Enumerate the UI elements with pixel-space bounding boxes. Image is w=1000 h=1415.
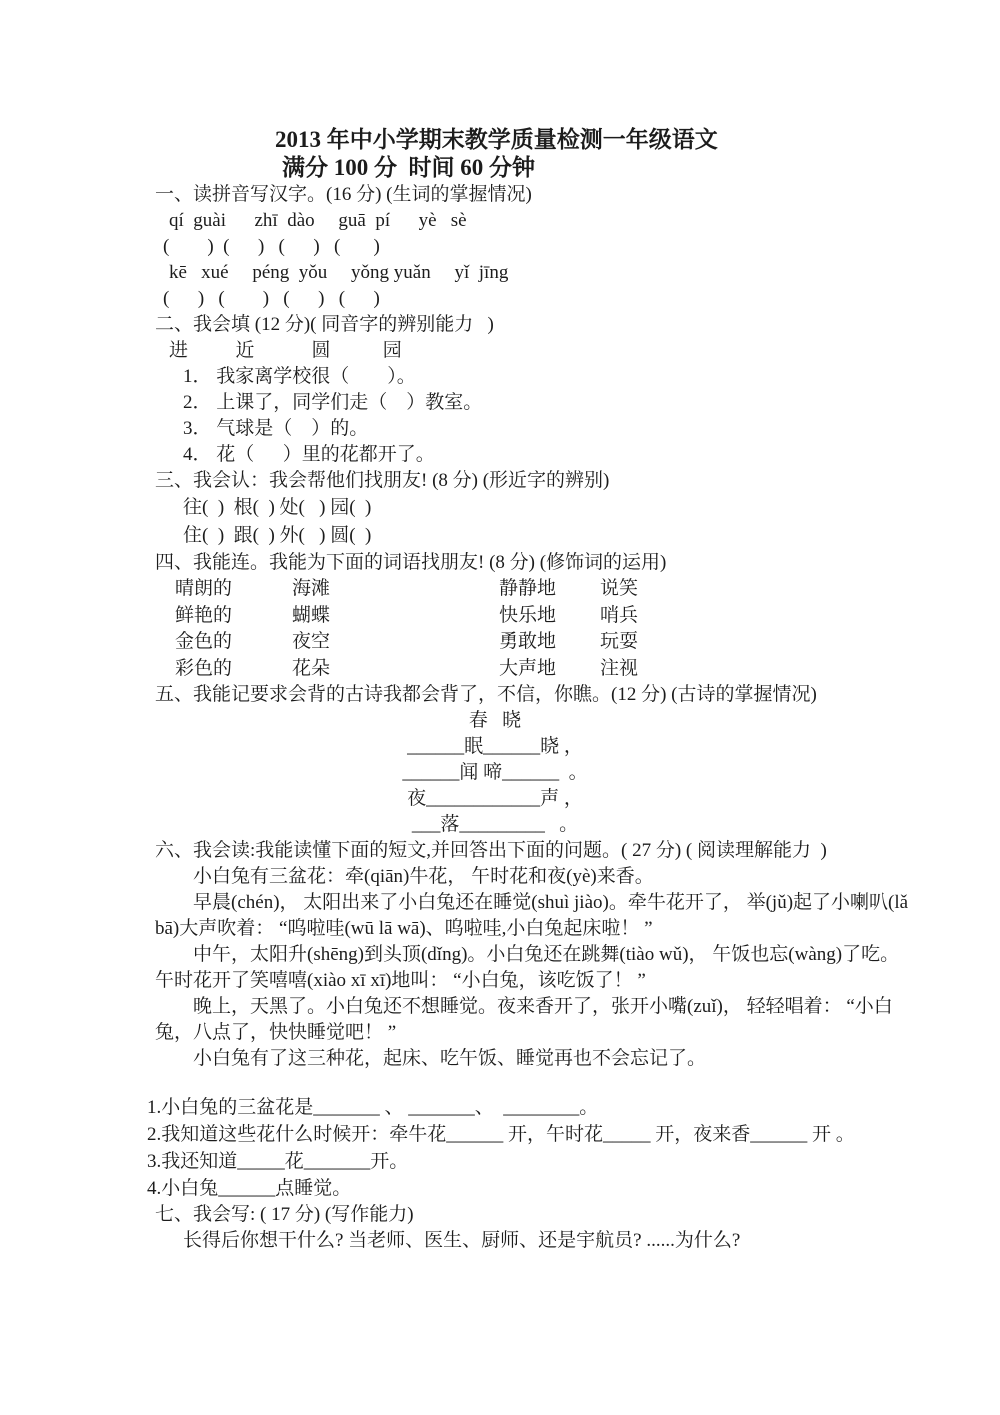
section2-item-4: 4． 花（ ）里的花都开了。 [183, 442, 918, 468]
exam-paper-page: 2013 年中小学期末教学质量检测一年级语文 满分 100 分 时间 60 分钟… [0, 0, 1000, 1415]
section5-heading: 五、我能记要求会背的古诗我都会背了，不信，你瞧。(12 分) (古诗的掌握情况) [155, 682, 918, 708]
match-left-adjective: 晴朗的 [175, 576, 292, 603]
section3-row-1: 往( ) 根( ) 处( ) 园( ) [183, 494, 918, 522]
reading-passage: 小白兔有三盆花：牵(qiān)牛花， 午时花和夜(yè)来香。 早晨(chén)… [155, 864, 918, 1072]
section4-matching-grid: 晴朗的 海滩 静静地 说笑 鲜艳的 蝴蝶 快乐地 哨兵 金色的 夜空 勇敢地 玩… [175, 576, 918, 682]
section1-brackets-row-2: ( ) ( ) ( ) ( ) [163, 286, 918, 312]
passage-paragraph-2: 早晨(chén)， 太阳出来了小白兔还在睡觉(shuì jiào)。牵牛花开了，… [155, 890, 918, 942]
section6-heading: 六、我会读:我能读懂下面的短文,并回答出下面的问题。( 27 分) ( 阅读理解… [155, 838, 918, 864]
poem-blank-line-3: 夜____________声 ， [155, 786, 835, 812]
comprehension-question-3: 3.我还知道_____花_______开。 [147, 1148, 918, 1175]
match-right-adverb: 快乐地 [499, 603, 600, 630]
passage-paragraph-5: 小白兔有了这三种花，起床、吃午饭、睡觉再也不会忘记了。 [155, 1046, 918, 1072]
comprehension-question-2: 2.我知道这些花什么时候开：牵牛花______ 开，午时花_____ 开，夜来香… [147, 1121, 918, 1148]
poem-title: 春 晓 [155, 708, 835, 734]
poem-blank-line-4: ___落_________ 。 [155, 812, 835, 838]
section1-brackets-row-1: ( ) ( ) ( ) ( ) [163, 234, 918, 260]
match-left-noun: 蝴蝶 [292, 603, 499, 630]
match-left-adjective: 金色的 [175, 629, 292, 656]
paper-subtitle: 满分 100 分 时间 60 分钟 [282, 154, 918, 182]
match-right-adverb: 勇敢地 [499, 629, 600, 656]
match-left-adjective: 鲜艳的 [175, 603, 292, 630]
match-right-verb: 哨兵 [600, 603, 918, 630]
section3-row-2: 住( ) 跟( ) 外( ) 圆( ) [183, 522, 918, 550]
match-left-noun: 海滩 [292, 576, 499, 603]
section1-pinyin-row-1: qí guài zhī dào guā pí yè sè [169, 208, 918, 234]
passage-paragraph-1: 小白兔有三盆花：牵(qiān)牛花， 午时花和夜(yè)来香。 [155, 864, 918, 890]
comprehension-questions: 1.小白兔的三盆花是_______ 、 _______、 ________。 2… [147, 1094, 918, 1202]
match-right-adverb: 大声地 [499, 656, 600, 683]
match-left-noun: 夜空 [292, 629, 499, 656]
section7-writing-prompt: 长得后你想干什么? 当老师、医生、厨师、还是宇航员? ......为什么? [183, 1228, 918, 1254]
section2-item-1: 1． 我家离学校很（ ）。 [183, 364, 918, 390]
match-left-noun: 花朵 [292, 656, 499, 683]
section2-item-2: 2． 上课了，同学们走（ ）教室。 [183, 390, 918, 416]
match-right-verb: 说笑 [600, 576, 918, 603]
section2-heading: 二、我会填 (12 分)( 同音字的辨别能力 ) [155, 312, 918, 338]
paper-title: 2013 年中小学期末教学质量检测一年级语文 [275, 126, 918, 154]
section3-heading: 三、我会认：我会帮他们找朋友! (8 分) (形近字的辨别) [155, 468, 918, 494]
match-right-verb: 玩耍 [600, 629, 918, 656]
section2-word-bank: 进 近 圆 园 [169, 338, 918, 364]
match-right-verb: 注视 [600, 656, 918, 683]
section2-item-3: 3． 气球是（ ）的。 [183, 416, 918, 442]
passage-paragraph-3: 中午，太阳升(shēng)到头顶(dǐng)。小白兔还在跳舞(tiào wǔ)，… [155, 942, 918, 994]
poem-blank-line-2: ______闻 啼______ 。 [155, 760, 835, 786]
section1-heading: 一、读拼音写汉字。(16 分) (生词的掌握情况) [155, 182, 918, 208]
comprehension-question-4: 4.小白兔______点睡觉。 [147, 1175, 918, 1202]
passage-paragraph-4: 晚上，天黑了。小白兔还不想睡觉。夜来香开了，张开小嘴(zuǐ)， 轻轻唱着： “… [155, 994, 918, 1046]
section1-pinyin-row-2: kē xué péng yǒu yǒng yuǎn yǐ jīng [169, 260, 918, 286]
poem-blank-line-1: ______眠______晓 ， [155, 734, 835, 760]
comprehension-question-1: 1.小白兔的三盆花是_______ 、 _______、 ________。 [147, 1094, 918, 1121]
section7-heading: 七、我会写: ( 17 分) (写作能力) [155, 1202, 918, 1228]
match-left-adjective: 彩色的 [175, 656, 292, 683]
section4-heading: 四、我能连。我能为下面的词语找朋友! (8 分) (修饰词的运用) [155, 550, 918, 576]
poem-block: 春 晓 ______眠______晓 ， ______闻 啼______ 。 夜… [155, 708, 835, 838]
match-right-adverb: 静静地 [499, 576, 600, 603]
